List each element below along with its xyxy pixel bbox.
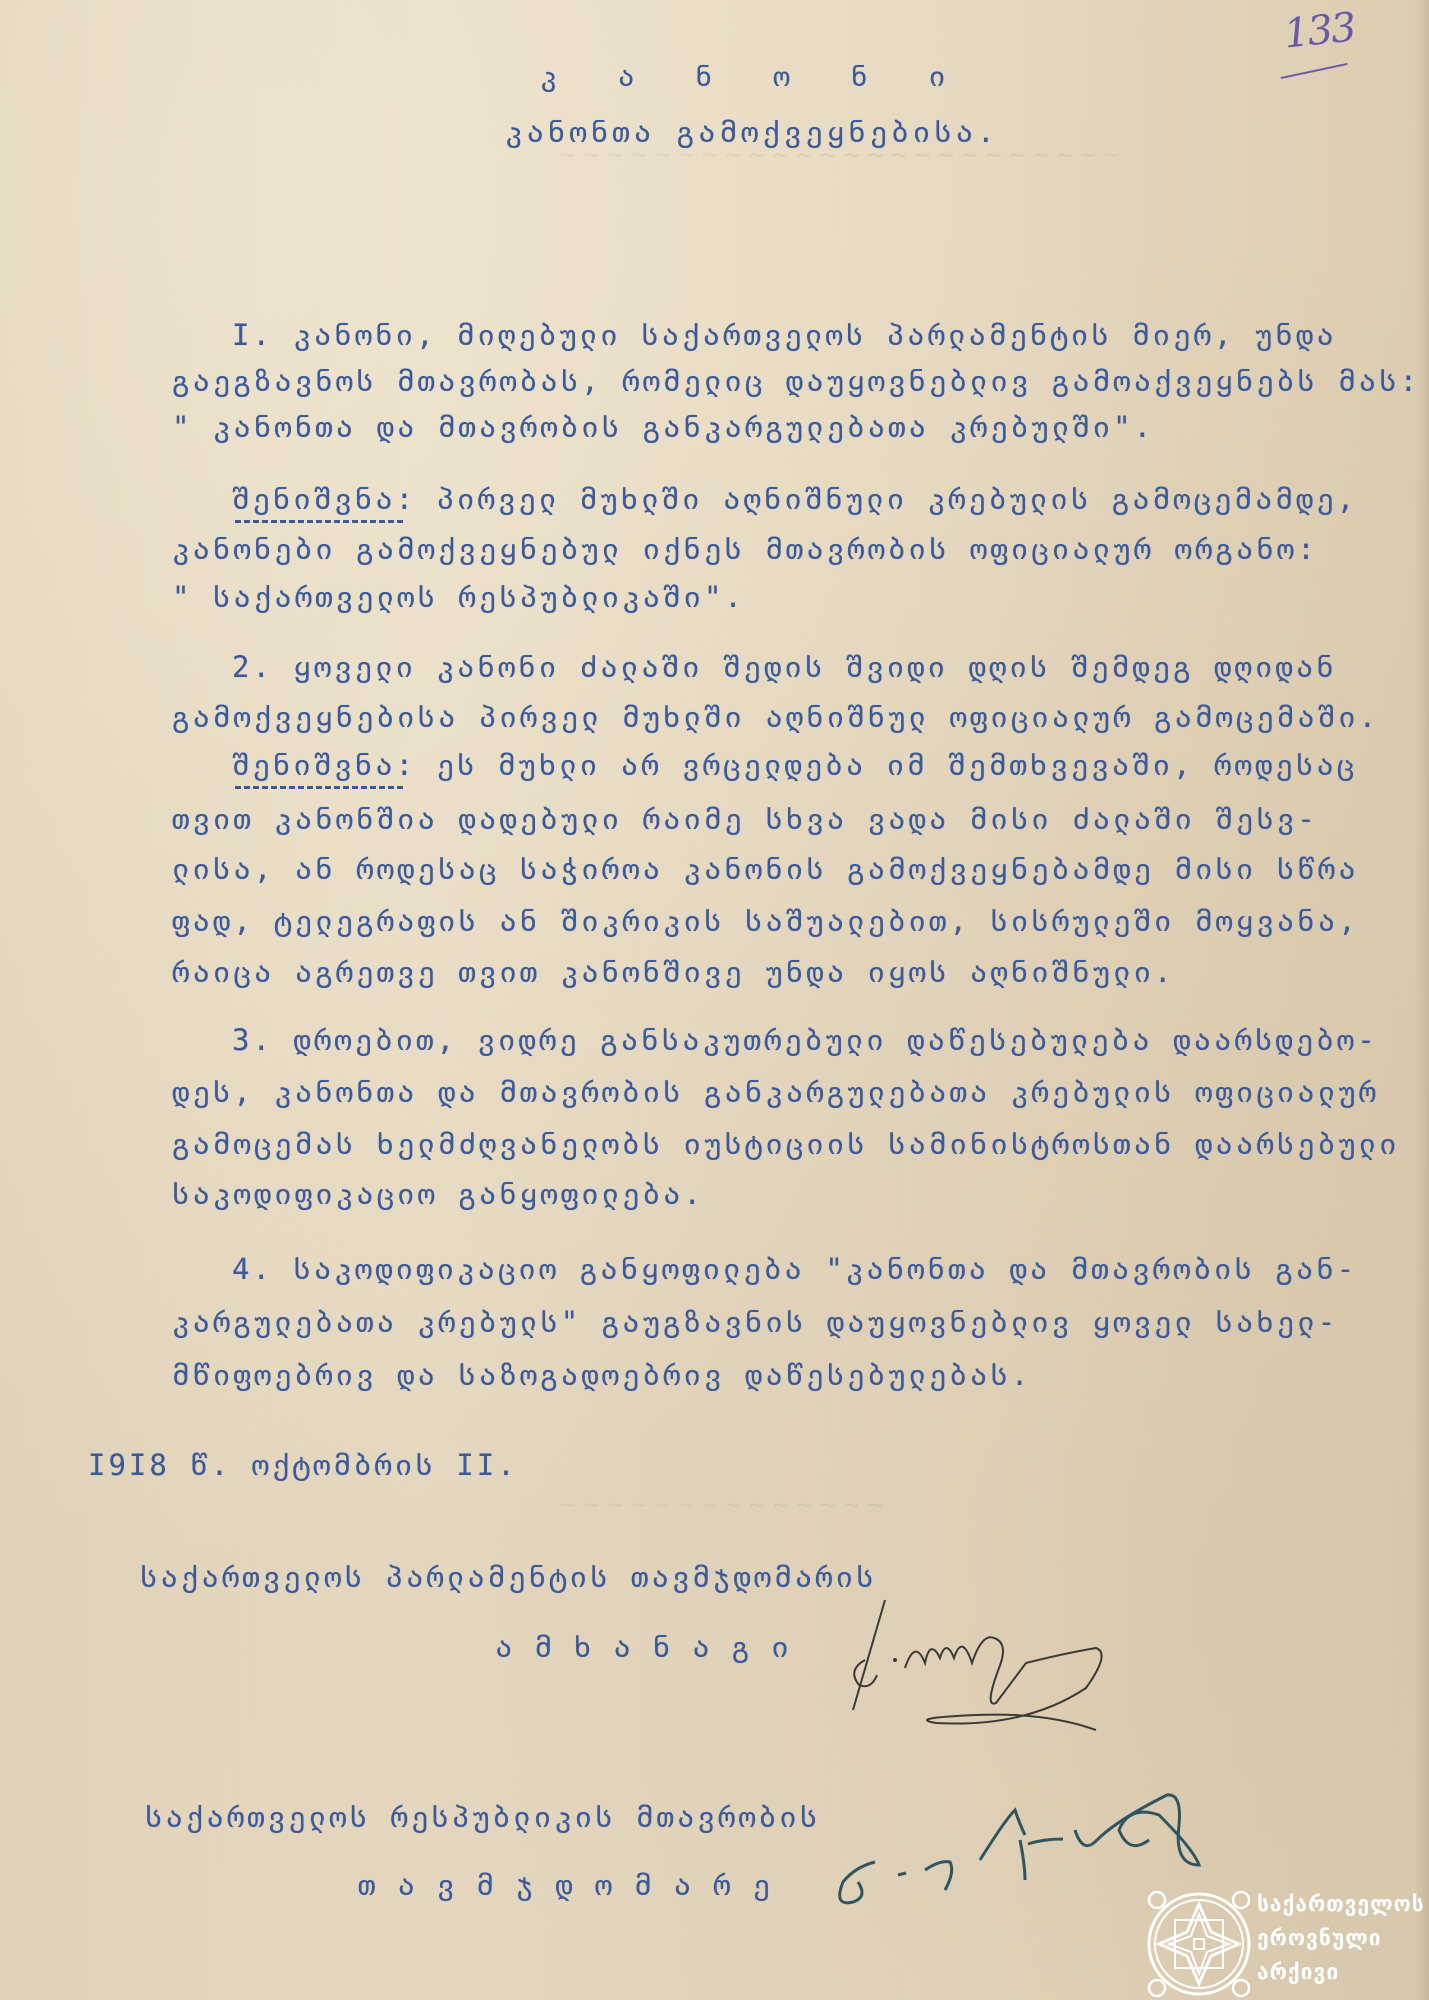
- body-line: მწიფოებრივ და საზოგადოებრივ დაწესებულება…: [172, 1358, 1031, 1392]
- logo-text-line-1: საქართველოს: [1257, 1892, 1425, 1916]
- signatory-role-parliament: ამხანაგი: [495, 1630, 811, 1664]
- body-line: ლისა, ან როდესაც საჭიროა კანონის გამოქვე…: [172, 852, 1359, 886]
- note-line: შენიშვნა: პირველ მუხლში აღნიშნული კრებულ…: [232, 482, 1357, 516]
- body-line: I. კანონი, მიღებული საქართველოს პარლამენ…: [232, 318, 1337, 352]
- body-line: გაეგზავნოს მთავრობას, რომელიც დაუყოვნებლ…: [172, 364, 1420, 398]
- signatory-title-parliament: საქართველოს პარლამენტის თავმჯდომარის: [140, 1560, 877, 1594]
- body-line: 3. დროებით, ვიდრე განსაკუთრებული დაწესებ…: [232, 1023, 1378, 1057]
- logo-text-line-2: ეროვნული: [1257, 1926, 1382, 1950]
- body-line: გამოქვეყნებისა პირველ მუხლში აღნიშნულ ოფ…: [172, 700, 1379, 734]
- note-underline: [235, 786, 403, 789]
- note-line: შენიშვნა: ეს მუხლი არ ვრცელდება იმ შემთხ…: [232, 748, 1357, 782]
- bleed-through-text: ~~~~~~~~~~~~~~: [560, 1490, 891, 1520]
- document-date: I9I8 წ. ოქტომბრის II.: [88, 1448, 518, 1482]
- body-line: 4. საკოდიფიკაციო განყოფილება "კანონთა და…: [232, 1252, 1357, 1286]
- archive-emblem-icon: [1145, 1882, 1253, 2000]
- body-line: კარგულებათა კრებულს" გაუგზავნის დაუყოვნე…: [172, 1305, 1338, 1339]
- body-line: " საქართველოს რესპუბლიკაში".: [172, 580, 745, 614]
- body-line: თვით კანონშია დადებული რაიმე სხვა ვადა მ…: [172, 802, 1318, 836]
- page-number: 133: [1282, 4, 1357, 57]
- page-edge: [1415, 0, 1429, 2000]
- document-title: კ ა ნ ო ნ ი: [540, 60, 967, 93]
- signatory-role-government: თავმჯდომარე: [358, 1868, 792, 1902]
- signatory-title-government: საქართველოს რესპუბლიკის მთავრობის: [145, 1800, 820, 1834]
- document-subtitle: კანონთა გამოქვეყნებისა.: [505, 115, 999, 149]
- logo-text-line-3: არქივი: [1257, 1960, 1339, 1984]
- national-archives-logo: საქართველოს ეროვნული არქივი: [1145, 1882, 1429, 2000]
- body-line: რაიცა აგრეთვე თვით კანონშივე უნდა იყოს ა…: [172, 955, 1175, 989]
- handwritten-signature-chkheidze: [845, 1590, 1225, 1760]
- body-line: ფად, ტელეგრაფის ან შიკრიკის საშუალებით, …: [172, 904, 1359, 938]
- body-line: კანონები გამოქვეყნებულ იქნეს მთავრობის ო…: [172, 532, 1318, 566]
- note-underline: [235, 520, 403, 523]
- body-line: 2. ყოველი კანონი ძალაში შედის შვიდი დღის…: [232, 650, 1337, 684]
- body-line: დეს, კანონთა და მთავრობის განკარგულებათა…: [172, 1075, 1379, 1109]
- body-line: გამოცემას ხელმძღვანელობს იუსტიციის სამინ…: [172, 1127, 1400, 1161]
- body-line: " კანონთა და მთავრობის განკარგულებათა კრ…: [172, 410, 1154, 444]
- body-line: საკოდიფიკაციო განყოფილება.: [172, 1177, 704, 1211]
